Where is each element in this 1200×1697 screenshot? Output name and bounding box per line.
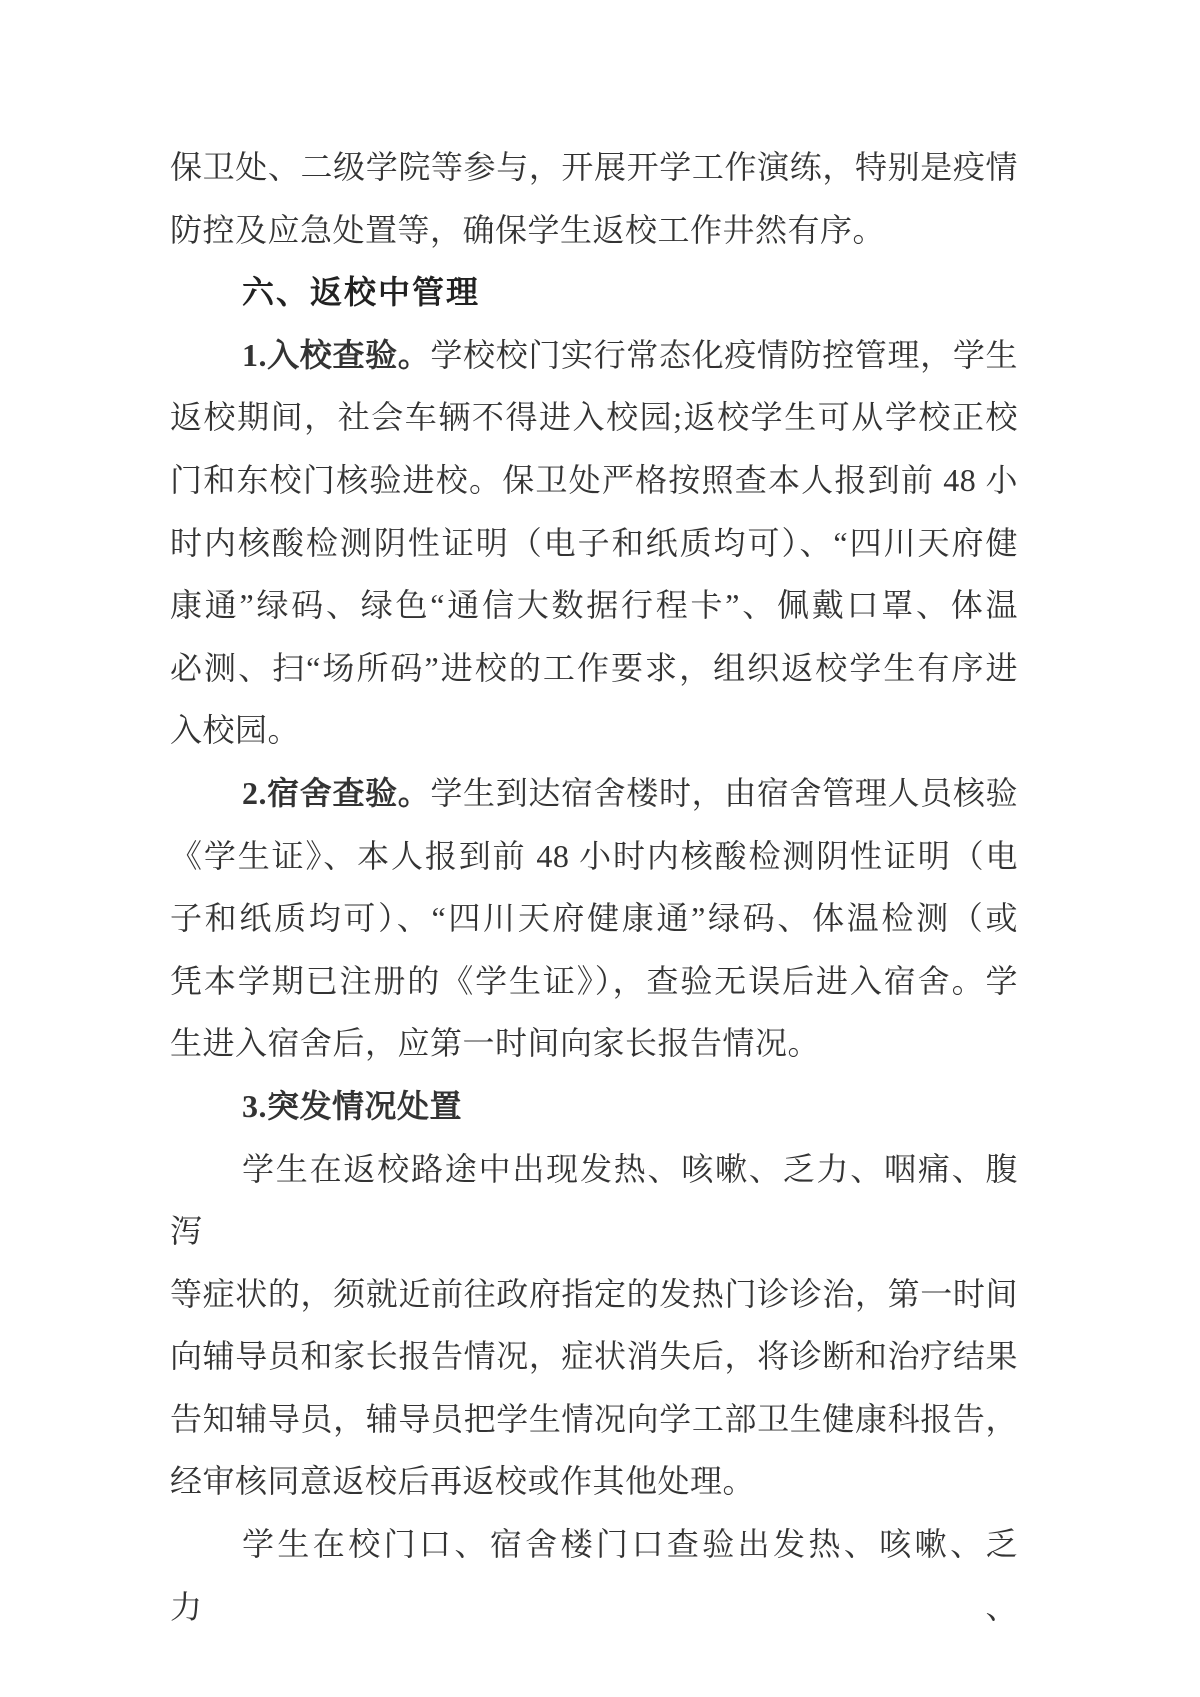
text-line: 告知辅导员，辅导员把学生情况向学工部卫生健康科报告， <box>170 1388 1018 1451</box>
text-run: 学校校门实行常态化疫情防控管理，学生 <box>430 337 1018 373</box>
text-run: 康通”绿码、绿色“通信大数据行程卡”、佩戴口罩、体温 <box>170 587 1018 623</box>
text-line: 生进入宿舍后，应第一时间向家长报告情况。 <box>170 1012 1018 1075</box>
text-run: 门和东校门核验进校。保卫处严格按照查本人报到前 48 小 <box>170 462 1018 498</box>
document-body: 保卫处、二级学院等参与，开展开学工作演练，特别是疫情 防控及应急处置等，确保学生… <box>170 136 1018 1638</box>
text-line: 时内核酸检测阴性证明（电子和纸质均可）、“四川天府健 <box>170 512 1018 575</box>
text-run: 入校园。 <box>170 712 300 748</box>
text-line: 学生在校门口、宿舍楼门口查验出发热、咳嗽、乏力、 <box>170 1513 1018 1638</box>
document-page: 保卫处、二级学院等参与，开展开学工作演练，特别是疫情 防控及应急处置等，确保学生… <box>0 0 1200 1697</box>
text-run: 子和纸质均可）、“四川天府健康通”绿码、体温检测（或 <box>170 900 1018 936</box>
subsection-heading: 3.突发情况处置 <box>170 1075 1018 1138</box>
text-run: 返校期间，社会车辆不得进入校园;返校学生可从学校正校 <box>170 399 1018 435</box>
text-line: 门和东校门核验进校。保卫处严格按照查本人报到前 48 小 <box>170 449 1018 512</box>
bold-run: 3.突发情况处置 <box>242 1088 462 1124</box>
text-line: 等症状的，须就近前往政府指定的发热门诊诊治，第一时间 <box>170 1263 1018 1326</box>
text-run: 向辅导员和家长报告情况，症状消失后，将诊断和治疗结果 <box>170 1338 1018 1374</box>
text-run: 经审核同意返校后再返校或作其他处理。 <box>170 1463 755 1499</box>
text-line: 凭本学期已注册的《学生证》），查验无误后进入宿舍。学 <box>170 950 1018 1013</box>
text-run: 必测、扫“场所码”进校的工作要求，组织返校学生有序进 <box>170 650 1018 686</box>
text-line: 《学生证》、本人报到前 48 小时内核酸检测阴性证明（电 <box>170 825 1018 888</box>
text-run: 《学生证》、本人报到前 48 小时内核酸检测阴性证明（电 <box>170 838 1018 874</box>
text-line: 防控及应急处置等，确保学生返校工作井然有序。 <box>170 199 1018 262</box>
text-line: 学生在返校路途中出现发热、咳嗽、乏力、咽痛、腹泻 <box>170 1138 1018 1263</box>
text-line: 2.宿舍查验。学生到达宿舍楼时，由宿舍管理人员核验 <box>170 762 1018 825</box>
text-run: 防控及应急处置等，确保学生返校工作井然有序。 <box>170 212 885 248</box>
text-run: 保卫处、二级学院等参与，开展开学工作演练，特别是疫情 <box>170 149 1018 185</box>
text-run: 告知辅导员，辅导员把学生情况向学工部卫生健康科报告， <box>170 1401 1018 1437</box>
text-run: 学生在校门口、宿舍楼门口查验出发热、咳嗽、乏力、 <box>170 1526 1018 1625</box>
heading-text: 六、返校中管理 <box>242 274 480 310</box>
bold-run: 1.入校查验。 <box>242 337 430 373</box>
text-line: 子和纸质均可）、“四川天府健康通”绿码、体温检测（或 <box>170 887 1018 950</box>
text-line: 保卫处、二级学院等参与，开展开学工作演练，特别是疫情 <box>170 136 1018 199</box>
text-run: 学生到达宿舍楼时，由宿舍管理人员核验 <box>430 775 1018 811</box>
bold-run: 2.宿舍查验。 <box>242 775 430 811</box>
text-line: 向辅导员和家长报告情况，症状消失后，将诊断和治疗结果 <box>170 1325 1018 1388</box>
text-line: 必测、扫“场所码”进校的工作要求，组织返校学生有序进 <box>170 637 1018 700</box>
text-run: 生进入宿舍后，应第一时间向家长报告情况。 <box>170 1025 820 1061</box>
text-line: 返校期间，社会车辆不得进入校园;返校学生可从学校正校 <box>170 386 1018 449</box>
text-line: 经审核同意返校后再返校或作其他处理。 <box>170 1450 1018 1513</box>
text-run: 时内核酸检测阴性证明（电子和纸质均可）、“四川天府健 <box>170 525 1018 561</box>
section-heading: 六、返校中管理 <box>170 261 1018 324</box>
text-run: 等症状的，须就近前往政府指定的发热门诊诊治，第一时间 <box>170 1276 1018 1312</box>
text-line: 入校园。 <box>170 699 1018 762</box>
text-line: 1.入校查验。学校校门实行常态化疫情防控管理，学生 <box>170 324 1018 387</box>
text-run: 凭本学期已注册的《学生证》），查验无误后进入宿舍。学 <box>170 963 1018 999</box>
text-line: 康通”绿码、绿色“通信大数据行程卡”、佩戴口罩、体温 <box>170 574 1018 637</box>
text-run: 学生在返校路途中出现发热、咳嗽、乏力、咽痛、腹泻 <box>170 1151 1018 1250</box>
